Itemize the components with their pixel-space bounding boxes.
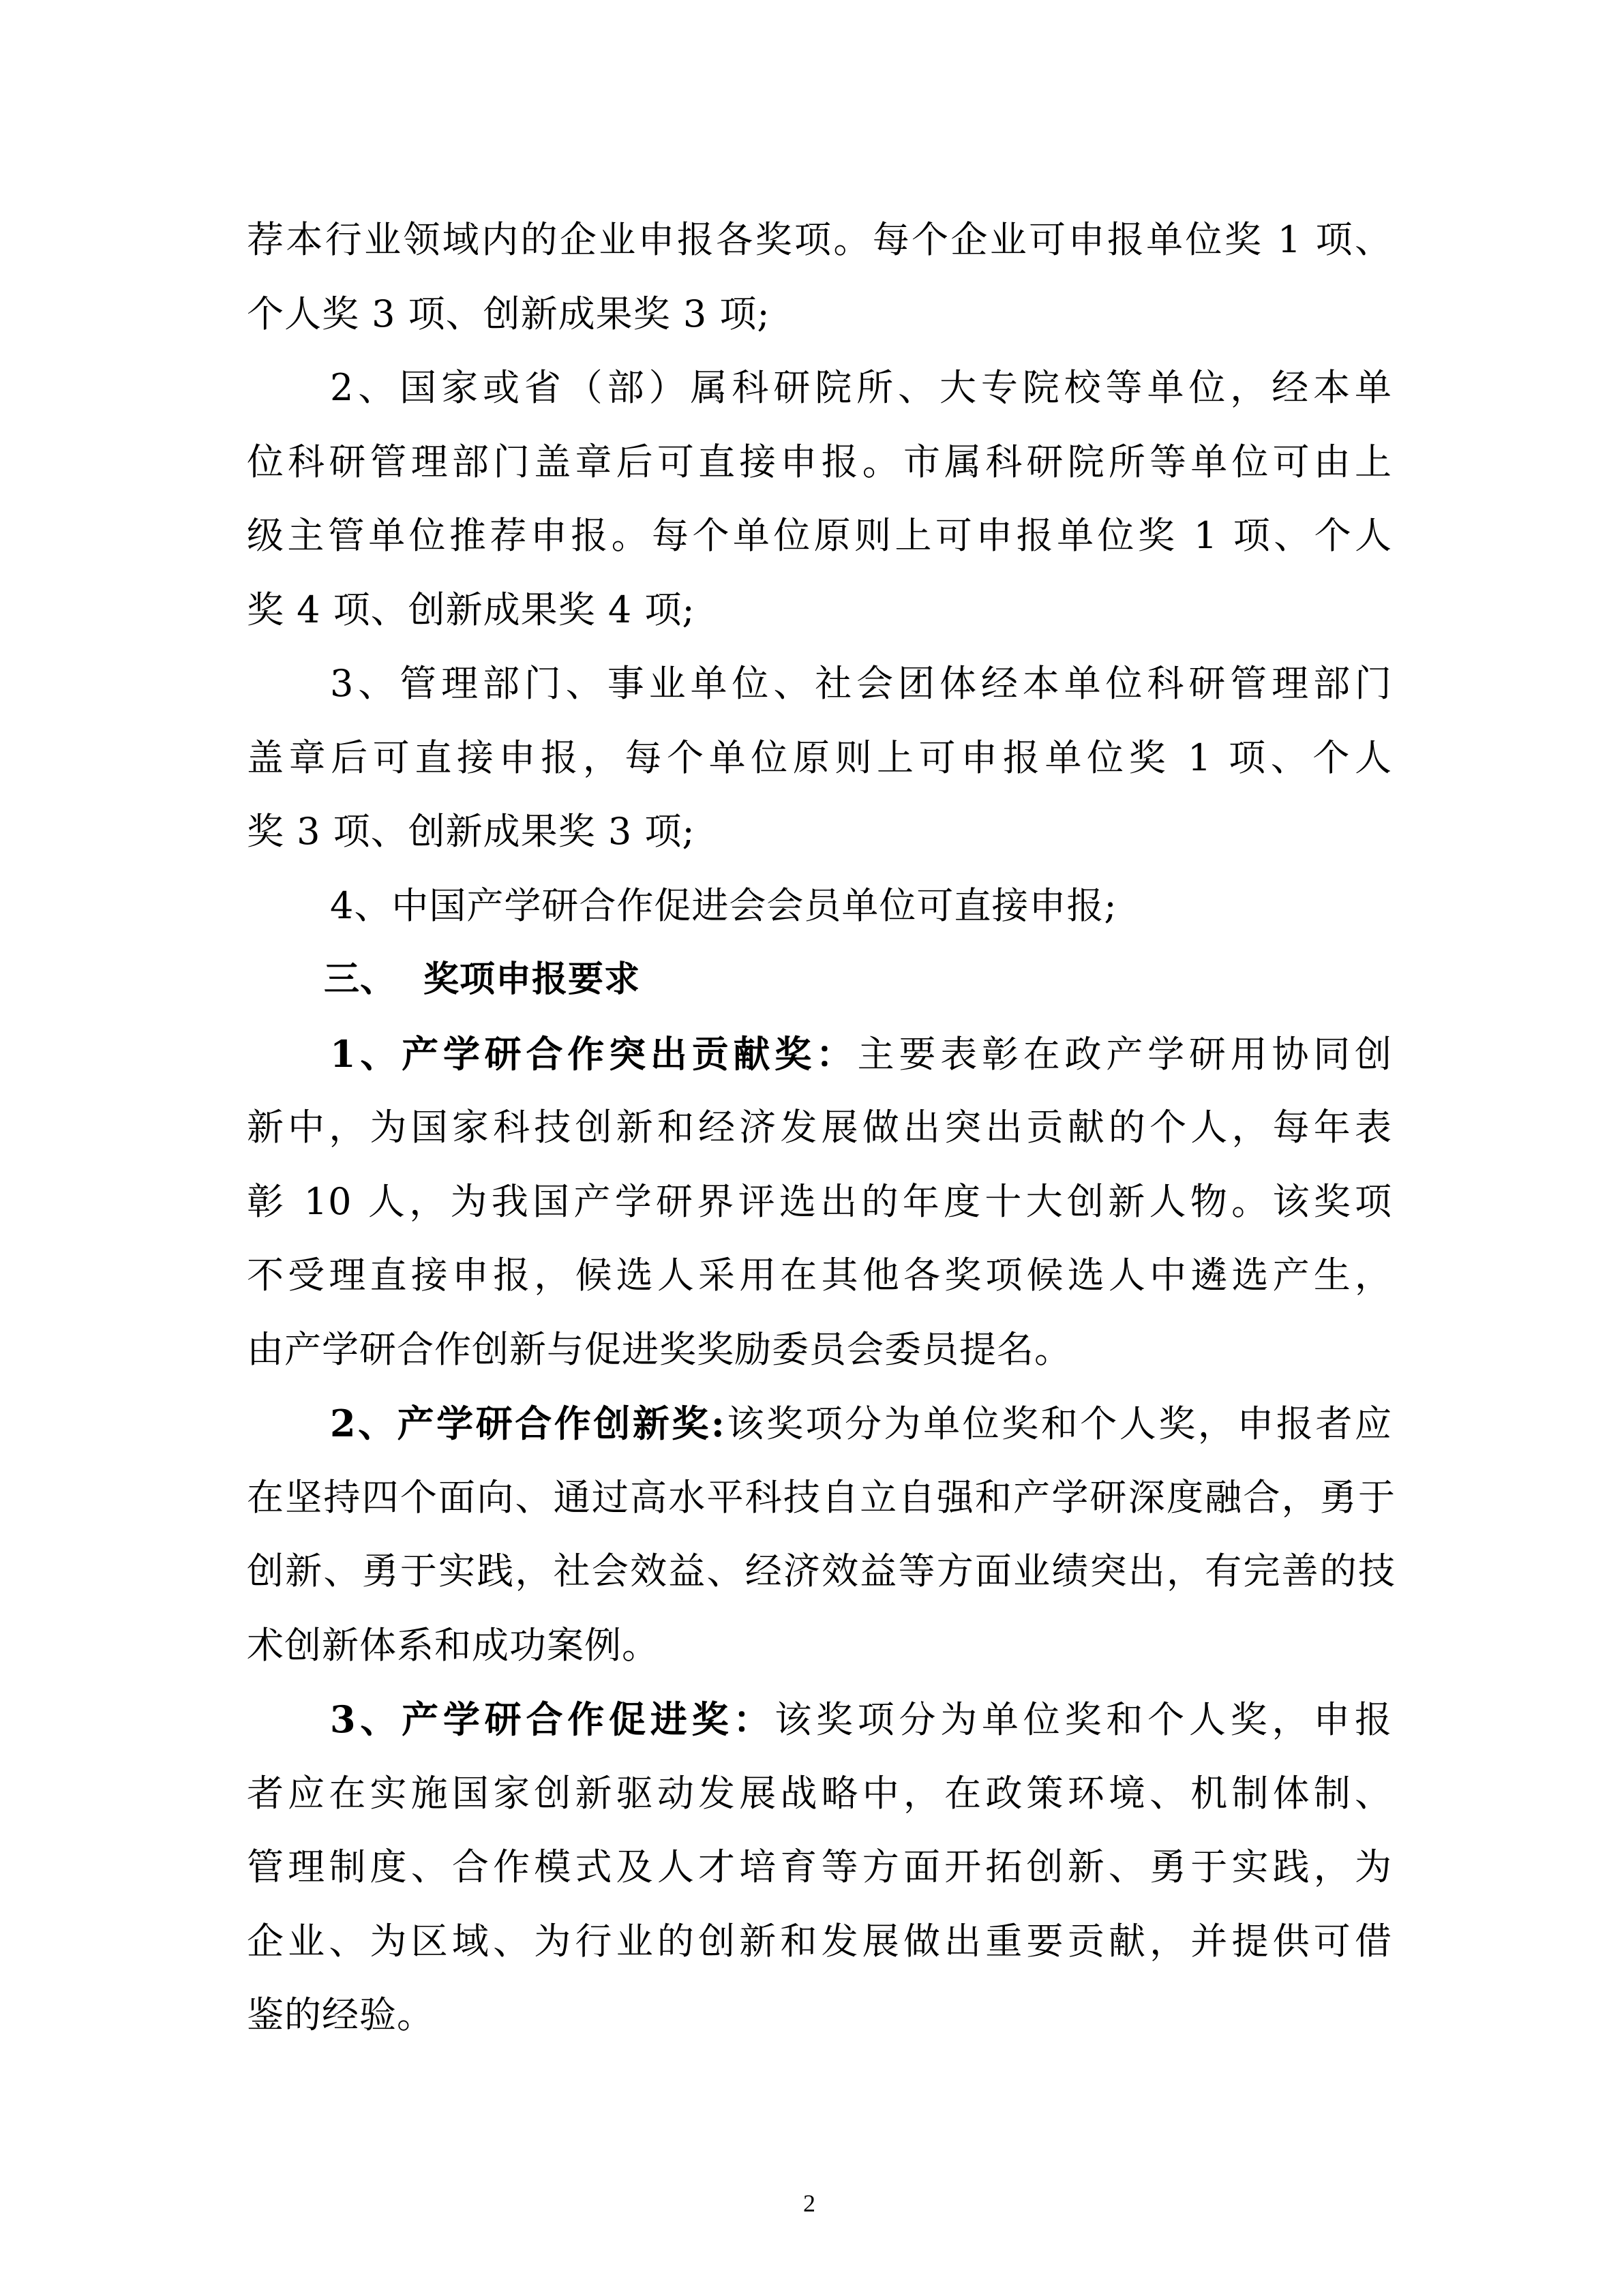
paragraph-line: 鉴的经验。 [247,1991,434,2039]
line-text: 该奖项分为单位奖和个人奖，申报者应 [725,1402,1392,1445]
paragraph-line: 4、中国产学研合作促进会会员单位可直接申报; [330,882,1117,930]
paragraph-line: 由产学研合作创新与促进奖奖励委员会委员提名。 [247,1326,1072,1374]
paragraph-line: 者应在实施国家创新驱动发展战略中，在政策环境、机制体制、 [247,1770,1392,1817]
paragraph-line: 创新、勇于实践，社会效益、经济效益等方面业绩突出，有完善的技 [247,1547,1392,1595]
paragraph-line: 管理制度、合作模式及人才培育等方面开拓创新、勇于实践，为 [247,1843,1392,1891]
paragraph-line: 1、产学研合作突出贡献奖：主要表彰在政产学研用协同创 [330,1030,1392,1078]
paragraph-line: 级主管单位推荐申报。每个单位原则上可申报单位奖 1 项、个人 [247,512,1392,560]
line-text: 级主管单位推荐申报。每个单位原则上可申报单位奖 1 项、个人 [247,514,1392,557]
paragraph-line: 个人奖 3 项、创新成果奖 3 项; [247,290,770,338]
section-heading: 三、奖项申报要求 [324,956,640,1003]
line-text: 主要表彰在政产学研用协同创 [858,1033,1392,1076]
award-title: 1、产学研合作突出贡献奖： [330,1032,858,1076]
page-number: 2 [803,2190,815,2217]
paragraph-line: 荐本行业领域内的企业申报各奖项。每个企业可申报单位奖 1 项、 [247,216,1392,264]
award-title: 3、产学研合作促进奖： [330,1697,775,1741]
paragraph-line: 3、管理部门、事业单位、社会团体经本单位科研管理部门 [330,660,1392,708]
line-text: 2、国家或省（部）属科研院所、大专院校等单位，经本单 [330,366,1392,409]
line-text: 不受理直接申报，候选人采用在其他各奖项候选人中遴选产生， [247,1254,1392,1297]
line-text: 奖 3 项、创新成果奖 3 项; [247,810,695,853]
paragraph-line: 位科研管理部门盖章后可直接申报。市属科研院所等单位可由上 [247,438,1392,486]
paragraph-line: 2、国家或省（部）属科研院所、大专院校等单位，经本单 [330,364,1392,412]
document-page: 荐本行业领域内的企业申报各奖项。每个企业可申报单位奖 1 项、个人奖 3 项、创… [0,0,1624,2296]
line-text: 管理制度、合作模式及人才培育等方面开拓创新、勇于实践，为 [247,1845,1392,1888]
paragraph-line: 新中，为国家科技创新和经济发展做出突出贡献的个人，每年表 [247,1104,1392,1151]
line-text: 企业、为区域、为行业的创新和发展做出重要贡献，并提供可借 [247,1920,1392,1963]
line-text: 3、管理部门、事业单位、社会团体经本单位科研管理部门 [330,662,1392,705]
line-text: 鉴的经验。 [247,1993,434,2036]
paragraph-line: 在坚持四个面向、通过高水平科技自立自强和产学研深度融合，勇于 [247,1474,1392,1522]
line-text: 位科研管理部门盖章后可直接申报。市属科研院所等单位可由上 [247,440,1392,483]
section-title: 奖项申报要求 [423,959,640,1000]
paragraph-line: 盖章后可直接申报，每个单位原则上可申报单位奖 1 项、个人 [247,734,1392,782]
paragraph-line: 奖 3 项、创新成果奖 3 项; [247,808,695,856]
section-number: 三、 [324,959,396,1000]
line-text: 该奖项分为单位奖和个人奖，申报 [775,1698,1392,1741]
line-text: 由产学研合作创新与促进奖奖励委员会委员提名。 [247,1328,1072,1371]
line-text: 者应在实施国家创新驱动发展战略中，在政策环境、机制体制、 [247,1772,1392,1815]
line-text: 彰 10 人，为我国产学研界评选出的年度十大创新人物。该奖项 [247,1180,1392,1223]
line-text: 术创新体系和成功案例。 [247,1624,659,1667]
paragraph-line: 奖 4 项、创新成果奖 4 项; [247,586,695,634]
paragraph-line: 不受理直接申报，候选人采用在其他各奖项候选人中遴选产生， [247,1252,1392,1299]
line-text: 4、中国产学研合作促进会会员单位可直接申报; [330,884,1117,927]
paragraph-line: 企业、为区域、为行业的创新和发展做出重要贡献，并提供可借 [247,1918,1392,1965]
line-text: 在坚持四个面向、通过高水平科技自立自强和产学研深度融合，勇于 [247,1476,1392,1519]
paragraph-line: 3、产学研合作促进奖：该奖项分为单位奖和个人奖，申报 [330,1695,1392,1743]
paragraph-line: 彰 10 人，为我国产学研界评选出的年度十大创新人物。该奖项 [247,1178,1392,1226]
line-text: 奖 4 项、创新成果奖 4 项; [247,588,695,631]
line-text: 新中，为国家科技创新和经济发展做出突出贡献的个人，每年表 [247,1106,1392,1149]
line-text: 荐本行业领域内的企业申报各奖项。每个企业可申报单位奖 1 项、 [247,218,1392,261]
paragraph-line: 术创新体系和成功案例。 [247,1622,659,1670]
line-text: 创新、勇于实践，社会效益、经济效益等方面业绩突出，有完善的技 [247,1550,1392,1592]
line-text: 个人奖 3 项、创新成果奖 3 项; [247,292,770,335]
paragraph-line: 2、产学研合作创新奖:该奖项分为单位奖和个人奖，申报者应 [330,1400,1392,1447]
award-title: 2、产学研合作创新奖: [330,1402,725,1445]
line-text: 盖章后可直接申报，每个单位原则上可申报单位奖 1 项、个人 [247,736,1392,779]
